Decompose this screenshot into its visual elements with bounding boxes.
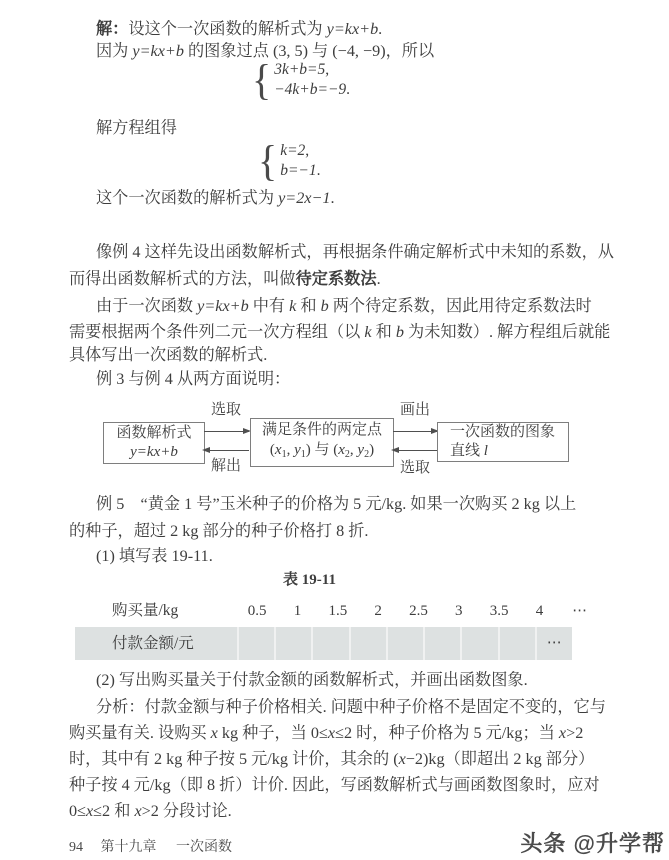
- solution-line-3: 解方程组得: [96, 118, 177, 139]
- method-line-3: 由于一次函数 y=kx+b 中有 k 和 b 两个待定系数，因此用待定系数法时: [96, 296, 592, 317]
- flow-box1-line1: 函数解析式: [104, 424, 204, 444]
- table-cell: 2: [358, 600, 398, 622]
- flow-box2-line1: 满足条件的两定点: [251, 421, 393, 441]
- method-line-2: 而得出函数解析式的方法，叫做待定系数法.: [69, 269, 381, 290]
- table-row-quantity: 购买量/kg 0.5 1 1.5 2 2.5 3 3.5 4 ⋯: [69, 600, 600, 622]
- table-row2-label: 付款金额/元: [75, 627, 237, 660]
- table-cell: 3: [439, 600, 479, 622]
- method-line-5: 具体写出一次函数的解析式.: [69, 345, 267, 366]
- equation-system-2: { k=2, b=−1.: [258, 141, 321, 181]
- table-cell-ellipsis: ⋯: [535, 627, 572, 660]
- arrow-right-draw: [393, 431, 437, 432]
- arrow-left-solve: [204, 450, 249, 451]
- flow-label-select-bottom: 选取: [400, 460, 430, 476]
- flowchart-determine-coefficients: 选取 画出 函数解析式 y=kx+b 满足条件的两定点 (x1, y1) 与 (…: [0, 398, 669, 486]
- left-brace: {: [258, 139, 277, 182]
- analysis-line-5: 0≤x≤2 和 x>2 分段讨论.: [69, 801, 232, 822]
- flow-box-function-expression: 函数解析式 y=kx+b: [103, 422, 205, 464]
- equation-system-1: { 3k+b=5, −4k+b=−9.: [252, 60, 350, 100]
- flow-box-two-points: 满足条件的两定点 (x1, y1) 与 (x2, y2): [250, 418, 394, 467]
- analysis-line-4: 种子按 4 元/kg（即 8 折）计价. 因此，写函数解析式与画函数图象时，应对: [69, 775, 600, 796]
- table-cell-ellipsis: ⋯: [560, 600, 600, 622]
- table-cell: 2.5: [398, 600, 438, 622]
- system2-equation-1: k=2,: [280, 141, 320, 161]
- textbook-page: 解：设这个一次函数的解析式为 y=kx+b. 因为 y=kx+b 的图象过点 (…: [0, 0, 669, 860]
- table-cell-blank: [386, 627, 423, 660]
- system2-equation-2: b=−1.: [280, 161, 320, 181]
- table-caption: 表 19-11: [44, 571, 575, 589]
- chapter-title: 第十九章: [101, 840, 157, 855]
- table-cell-blank: [237, 627, 274, 660]
- flow-label-draw-top: 画出: [400, 402, 430, 418]
- table-cell: 4: [519, 600, 559, 622]
- solution-result-line: 这个一次函数的解析式为 y=2x−1.: [96, 188, 335, 209]
- table-cell-blank: [423, 627, 460, 660]
- table-cell: 1: [277, 600, 317, 622]
- flow-box-graph-line: 一次函数的图象 直线 l: [437, 422, 569, 462]
- example5-line-1: 例 5 “黄金 1 号”玉米种子的价格为 5 元/kg. 如果一次购买 2 kg…: [96, 494, 576, 515]
- method-line-6: 例 3 与例 4 从两方面说明：: [96, 369, 290, 390]
- table-cell-blank: [349, 627, 386, 660]
- system1-equation-2: −4k+b=−9.: [274, 80, 350, 100]
- table-cell-blank: [498, 627, 535, 660]
- arrow-left-select-2: [393, 450, 437, 451]
- left-brace: {: [252, 58, 271, 101]
- arrow-right-select-1: [204, 431, 249, 432]
- table-row-payment: 付款金额/元 ⋯: [75, 627, 572, 660]
- example5-line-2: 的种子，超过 2 kg 部分的种子价格打 8 折.: [69, 521, 368, 542]
- flow-box2-line2: (x1, y1) 与 (x2, y2): [251, 441, 393, 465]
- system1-equation-1: 3k+b=5,: [274, 60, 350, 80]
- method-line-1: 像例 4 这样先设出函数解析式，再根据条件确定解析式中未知的系数，从: [96, 242, 614, 263]
- solution-line-1: 解：设这个一次函数的解析式为 y=kx+b.: [96, 19, 382, 40]
- analysis-line-2: 购买量有关. 设购买 x kg 种子，当 0≤x≤2 时，种子价格为 5 元/k…: [69, 723, 583, 744]
- page-number: 94: [69, 840, 83, 855]
- example5-question-2: (2) 写出购买量关于付款金额的函数解析式，并画出函数图象.: [96, 670, 528, 691]
- table-row1-label: 购买量/kg: [69, 600, 237, 622]
- flow-box1-line2: y=kx+b: [104, 443, 204, 463]
- table-cell-blank: [460, 627, 497, 660]
- section-title: 一次函数: [176, 840, 232, 855]
- table-cell-blank: [311, 627, 348, 660]
- table-cell: 0.5: [237, 600, 277, 622]
- table-cell-blank: [274, 627, 311, 660]
- analysis-line-1: 分析：付款金额与种子价格相关. 问题中种子价格不是固定不变的，它与: [96, 697, 606, 718]
- flow-label-select-top: 选取: [211, 402, 241, 418]
- analysis-line-3: 时，其中有 2 kg 种子按 5 元/kg 计价，其余的 (x−2)kg（即超出…: [69, 749, 594, 770]
- flow-label-solve-bottom: 解出: [211, 458, 241, 474]
- flow-box3-line1: 一次函数的图象: [450, 423, 568, 443]
- flow-box3-line2: 直线 l: [450, 442, 568, 462]
- table-cell: 3.5: [479, 600, 519, 622]
- page-footer: 94 第十九章 一次函数: [69, 836, 232, 856]
- example5-question-1: (1) 填写表 19-11.: [96, 546, 213, 567]
- method-line-4: 需要根据两个条件列二元一次方程组（以 k 和 b 为未知数）. 解方程组后就能: [69, 322, 610, 343]
- table-cell: 1.5: [318, 600, 358, 622]
- watermark-toutiao: 头条 @升学帮: [520, 827, 665, 858]
